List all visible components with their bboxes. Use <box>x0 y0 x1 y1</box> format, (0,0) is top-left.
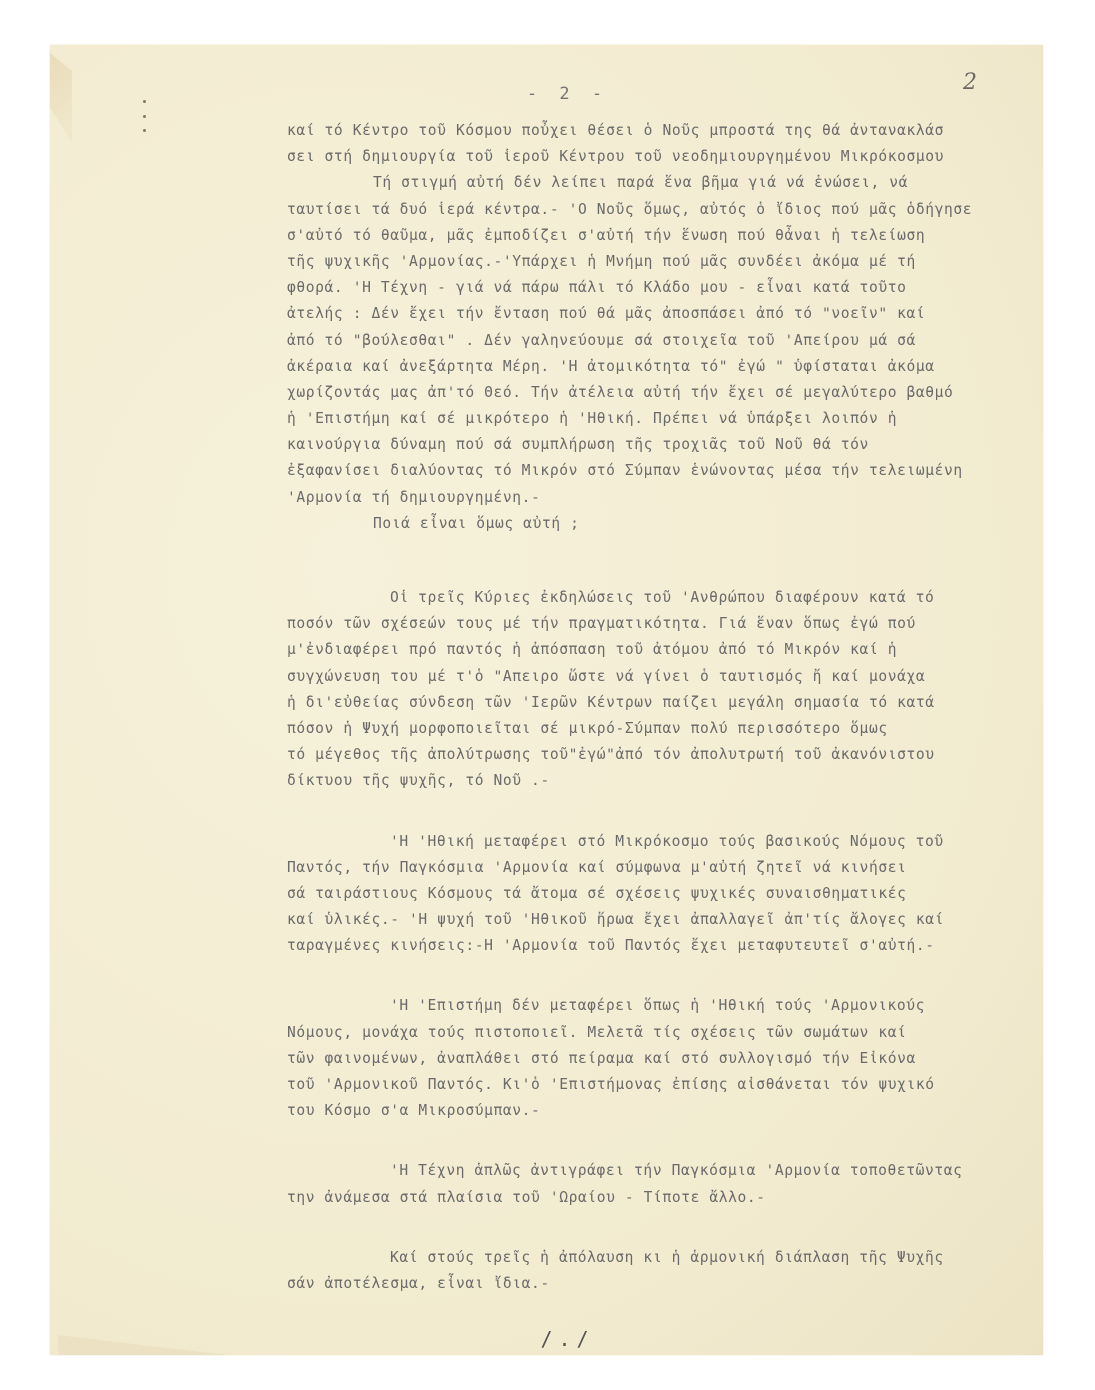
text-line: 'Η Τέχνη ἁπλῶς ἀντιγράφει τήν Παγκόσμια … <box>287 1158 1027 1184</box>
text-line: τῶν φαινομένων, ἀναπλάθει στό πείραμα κα… <box>287 1046 1027 1072</box>
end-mark: /./ <box>0 1327 1095 1351</box>
text-line: χωρίζοντάς μας ἀπ'τό Θεό. Τήν ἀτέλεια αὐ… <box>287 380 1027 406</box>
text-line: σει στή δημιουργία τοῦ ἱεροῦ Κέντρου τοῦ… <box>287 144 1027 170</box>
text-line: 'Η 'Επιστήμη δέν μεταφέρει ὅπως ἡ 'Ηθική… <box>287 993 1027 1019</box>
text-line: καινούργια δύναμη πού σά συμπλήρωση τῆς … <box>287 432 1027 458</box>
text-line: ἀπό τό "βούλεσθαι" . Δέν γαληνεύουμε σά … <box>287 328 1027 354</box>
punch-hole <box>143 129 146 132</box>
text-line: του Κόσμο σ'α Μικροσύμπαν.- <box>287 1098 1027 1124</box>
text-line: φθορά. 'Η Τέχνη - γιά νά πάρω πάλι τό Κλ… <box>287 275 1027 301</box>
text-line: σά ταιράστιους Κόσμους τά ἄτομα σέ σχέσε… <box>287 881 1027 907</box>
text-line: Παντός, τήν Παγκόσμια 'Αρμονία καί σύμφω… <box>287 855 1027 881</box>
text-line: συγχώνευση του μέ τ'ὁ "Απειρο ὥστε νά γί… <box>287 664 1027 690</box>
text-line: ταυτίσει τά δυό ἱερά κέντρα.- 'Ο Νοῦς ὅμ… <box>287 197 1027 223</box>
text-line: Ποιά εἶναι ὅμως αὐτή ; <box>287 511 1027 537</box>
text-line: καί ὑλικές.- 'Η ψυχή τοῦ 'Ηθικοῦ ἥρωα ἔχ… <box>287 907 1027 933</box>
text-line: Νόμους, μονάχα τούς πιστοποιεῖ. Μελετᾶ τ… <box>287 1020 1027 1046</box>
text-line: ἡ δι'εὐθείας σύνδεση τῶν 'Ιερῶν Κέντρων … <box>287 690 1027 716</box>
text-line: 'Η 'Ηθική μεταφέρει στό Μικρόκοσμο τούς … <box>287 829 1027 855</box>
text-line: τοῦ 'Αρμονικοῦ Παντός. Κι'ὁ 'Επιστήμονας… <box>287 1072 1027 1098</box>
text-line: μ'ἐνδιαφέρει πρό παντός ἡ ἀπόσπαση τοῦ ἀ… <box>287 637 1027 663</box>
punch-hole <box>143 115 146 118</box>
document-body: καί τό Κέντρο τοῦ Κόσμου ποὖχει θέσει ὁ … <box>287 118 1027 1297</box>
text-line: ποσόν τῶν σχέσεών τους μέ τήν πραγματικό… <box>287 611 1027 637</box>
text-line: σ'αὐτό τό θαῦμα, μᾶς ἐμποδίζει σ'αὐτή τή… <box>287 223 1027 249</box>
text-line: σάν ἀποτέλεσμα, εἶναι ἴδια.- <box>287 1271 1027 1297</box>
text-line: τῆς ψυχικῆς 'Αρμονίας.-'Υπάρχει ἡ Μνήμη … <box>287 249 1027 275</box>
text-line: Τή στιγμή αὐτή δέν λείπει παρά ἕνα βῆμα … <box>287 170 1027 196</box>
typed-page-number: - 2 - <box>0 84 1095 104</box>
text-line: καί τό Κέντρο τοῦ Κόσμου ποὖχει θέσει ὁ … <box>287 118 1027 144</box>
text-line: ἐξαφανίσει διαλύοντας τό Μικρόν στό Σύμπ… <box>287 458 1027 484</box>
text-line: ἀτελής : Δέν ἔχει τήν ἔνταση πού θά μᾶς … <box>287 301 1027 327</box>
text-line: τό μέγεθος τῆς ἀπολύτρωσης τοῦ"ἐγώ"ἀπό τ… <box>287 742 1027 768</box>
text-line: 'Αρμονία τή δημιουργημένη.- <box>287 485 1027 511</box>
text-line: ἡ 'Επιστήμη καί σέ μικρότερο ἡ 'Ηθική. Π… <box>287 406 1027 432</box>
text-line: ταραγμένες κινήσεις:-Η 'Αρμονία τοῦ Παντ… <box>287 933 1027 959</box>
text-line: την ἀνάμεσα στά πλαίσια τοῦ 'Ωραίου - Τί… <box>287 1185 1027 1211</box>
text-line: δίκτυου τῆς ψυχῆς, τό Νοῦ .- <box>287 768 1027 794</box>
text-line: Καί στούς τρεῖς ἡ ἀπόλαυση κι ἡ ἁρμονική… <box>287 1245 1027 1271</box>
text-line: Οἱ τρεῖς Κύριες ἐκδηλώσεις τοῦ 'Ανθρώπου… <box>287 585 1027 611</box>
text-line: πόσον ἡ Ψυχή μορφοποιεῖται σέ μικρό-Σύμπ… <box>287 716 1027 742</box>
text-line: ἀκέραια καί ἀνεξάρτητα Μέρη. 'Η ἀτομικότ… <box>287 354 1027 380</box>
